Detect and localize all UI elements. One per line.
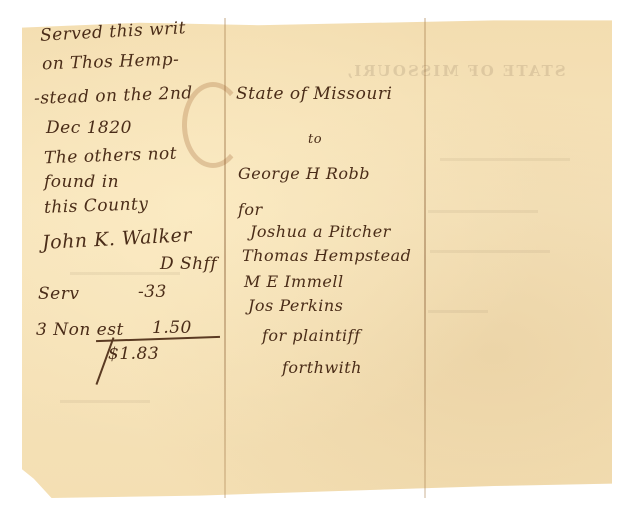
case-caption: State of Missouri: [236, 84, 392, 104]
fee-label: 3 Non est: [36, 320, 124, 340]
return-line: found in: [44, 172, 119, 192]
return-line: Dec 1820: [46, 118, 132, 138]
fold-line-right: [424, 18, 426, 498]
plaintiff-name: George H Robb: [238, 164, 370, 183]
officer-title: D Shff: [160, 254, 217, 274]
versus-label: to: [308, 132, 322, 147]
fee-amount: 1.50: [152, 318, 192, 338]
for-label: for: [238, 200, 263, 219]
fee-label: Serv: [38, 284, 79, 304]
return-line: this County: [44, 194, 149, 218]
closing-word: forthwith: [282, 358, 362, 377]
defendant-name: Joshua a Pitcher: [250, 222, 391, 241]
defendant-name: M E Immell: [244, 272, 344, 291]
for-plaintiff-label: for plaintiff: [262, 326, 361, 345]
defendant-name: Thomas Hempstead: [242, 246, 411, 265]
defendant-name: Jos Perkins: [248, 296, 343, 315]
fee-amount: -33: [138, 282, 167, 302]
fee-total: $1.83: [108, 344, 159, 364]
bleed-through-print: STATE OF MISSOURI,: [345, 62, 566, 80]
